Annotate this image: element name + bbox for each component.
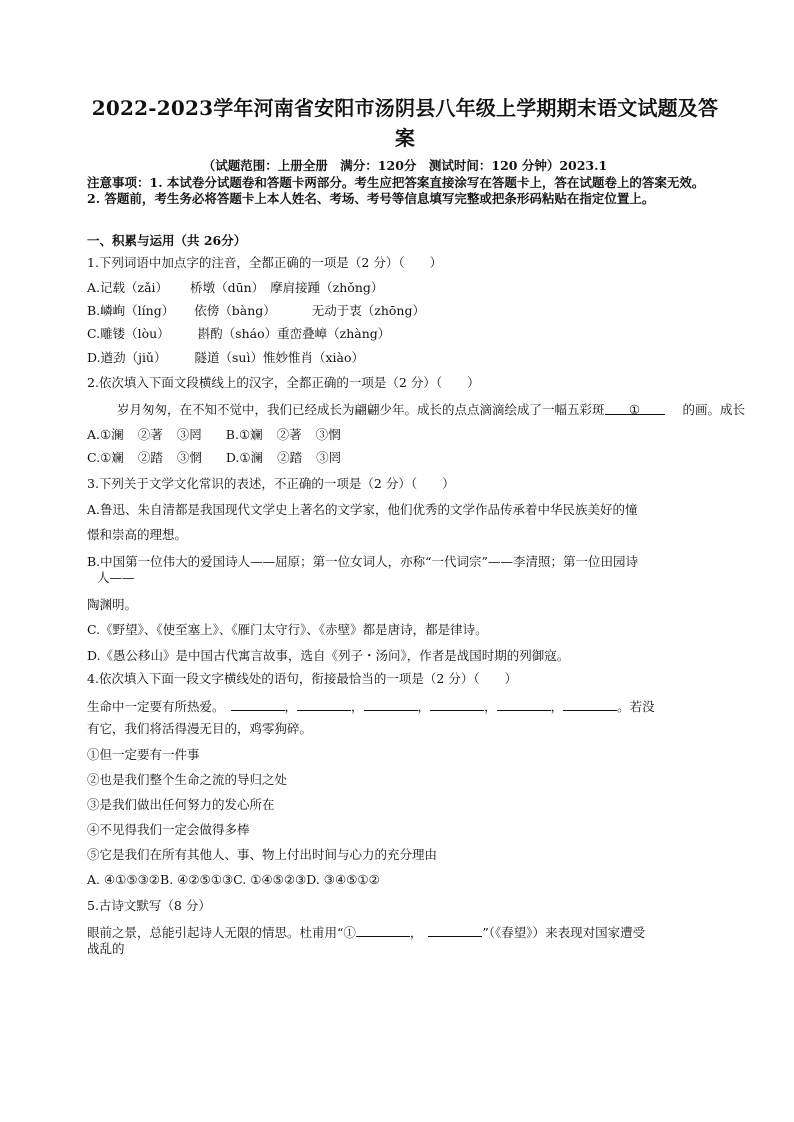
q4-item-3: ③是我们做出任何努力的发心所在 xyxy=(87,796,275,814)
fill-blank xyxy=(231,697,285,711)
q3-option-b-line-2: 人—— xyxy=(97,569,135,587)
q1-option-a: A.记载（zǎi）桥墩（dūn）摩肩接踵（zhǒng） xyxy=(87,279,383,297)
passage-text: 生命中一定要有所热爱。 xyxy=(87,699,225,714)
comma: ， xyxy=(551,699,564,714)
option-label: C. xyxy=(87,450,100,465)
option-word: 依傍（bàng） xyxy=(194,303,276,318)
q3-option-b-line-1: B.中国第一位伟大的爱国诗人——屈原；第一位女词人，亦称“一代词宗”——李清照；… xyxy=(87,553,638,571)
fill-blank-1: ① xyxy=(605,401,665,415)
q2-options-row-1: A.①澜②著③罔B.①斓②著③惘 xyxy=(87,426,341,444)
option-word: 斟酌（sháo） xyxy=(198,326,277,341)
q2-passage: 岁月匆匆，在不知不觉中，我们已经成长为翩翩少年。成长的点点滴滴绘成了一幅五彩斑①… xyxy=(117,401,745,419)
option-label: B. xyxy=(226,427,239,442)
option-word: 重峦叠嶂（zhàng） xyxy=(277,326,390,341)
option-char: ②踏 xyxy=(277,450,302,465)
comma: ， xyxy=(484,699,497,714)
option-char: ③罔 xyxy=(177,427,202,442)
option-char: ②著 xyxy=(277,427,302,442)
passage-text: ”（《春望》）来表现对国家遭受 xyxy=(482,925,645,940)
title-line-1: 2022-2023学年河南省安阳市汤阴县八年级上学期期末语文试题及答 xyxy=(80,93,730,123)
q4-item-1: ①但一定要有一件事 xyxy=(87,746,200,764)
option-char: ②踏 xyxy=(138,450,163,465)
fill-blank-2 xyxy=(428,923,482,937)
q2-stem: 2.依次填入下面文段横线上的汉字，全都正确的一项是（2 分）（ ） xyxy=(87,374,480,392)
q5-passage-line-2: 战乱的 xyxy=(87,940,125,958)
q5-passage-line-1: 眼前之景，总能引起诗人无限的情思。杜甫用“①，”（《春望》）来表现对国家遭受 xyxy=(87,923,645,942)
fill-blank xyxy=(430,697,484,711)
passage-text: 的画。成长 xyxy=(683,402,746,417)
q3-option-a-line-1: A.鲁迅、朱自清都是我国现代文学史上著名的文学家，他们优秀的文学作品传承着中华民… xyxy=(87,501,638,519)
q4-passage-line-1: 生命中一定要有所热爱。，，，，，。若没 xyxy=(87,697,655,716)
q1-stem: 1.下列词语中加点字的注音，全都正确的一项是（2 分）（ ） xyxy=(87,254,442,272)
option-word: 隧道（suì） xyxy=(195,350,263,365)
q3-option-d: D.《愚公移山》是中国古代寓言故事，选自《列子・汤问》，作者是战国时期的列御寇。 xyxy=(87,647,569,665)
option-word: 无动于衷（zhōng） xyxy=(312,303,425,318)
comma: ， xyxy=(410,925,423,940)
option-word: 记载（zǎi） xyxy=(100,280,168,295)
q4-options: A. ④①⑤③②B. ④②⑤①③C. ①④⑤②③D. ③④⑤①② xyxy=(87,871,380,889)
comma: ， xyxy=(285,699,298,714)
exam-info: （试题范围：上册全册 满分：120分 测试时间：120 分钟）2023.1 xyxy=(80,157,730,175)
passage-text: 。若没 xyxy=(617,699,655,714)
comma: ， xyxy=(418,699,431,714)
q4-passage-line-2: 有它，我们将活得漫无目的，鸡零狗碎。 xyxy=(87,720,312,738)
section-heading: 一、积累与运用（共 26分） xyxy=(87,232,246,250)
option-char: ③惘 xyxy=(316,427,341,442)
fill-blank xyxy=(364,697,418,711)
q3-stem: 3.下列关于文学文化常识的表述，不正确的一项是（2 分）（ ） xyxy=(87,475,455,493)
q1-option-b: B.嶙峋（líng）依傍（bàng）无动于衷（zhōng） xyxy=(87,302,425,320)
option-label: D. xyxy=(87,350,101,365)
q4-item-4: ④不见得我们一定会做得多棒 xyxy=(87,821,250,839)
option-label: C. xyxy=(87,326,100,341)
document-title: 2022-2023学年河南省安阳市汤阴县八年级上学期期末语文试题及答 案 xyxy=(80,93,730,153)
option-char: ①澜 xyxy=(239,450,263,465)
option-label: A. xyxy=(87,427,100,442)
option-word: 雕镂（lòu） xyxy=(100,326,170,341)
q1-option-c: C.雕镂（lòu）斟酌（sháo）重峦叠嶂（zhàng） xyxy=(87,325,390,343)
exam-page: 2022-2023学年河南省安阳市汤阴县八年级上学期期末语文试题及答 案 （试题… xyxy=(0,0,794,1122)
comma: ， xyxy=(351,699,364,714)
q3-option-c: C.《野望》、《使至塞上》、《雁门太守行》、《赤壁》都是唐诗，都是律诗。 xyxy=(87,621,488,639)
option-word: 摩肩接踵（zhǒng） xyxy=(270,280,383,295)
passage-text: 眼前之景，总能引起诗人无限的情思。杜甫用“① xyxy=(87,925,356,940)
option-word: 桥墩（dūn） xyxy=(190,280,264,295)
q4-item-5: ⑤它是我们在所有其他人、事、物上付出时间与心力的充分理由 xyxy=(87,846,437,864)
q2-options-row-2: C.①斓②踏③惘D.①澜②踏③罔 xyxy=(87,449,341,467)
fill-blank xyxy=(297,697,351,711)
passage-text: 岁月匆匆，在不知不觉中，我们已经成长为翩翩少年。成长的点点滴滴绘成了一幅五彩斑 xyxy=(117,402,605,417)
option-label: D. xyxy=(226,450,240,465)
q1-option-d: D.遒劲（jiǔ）隧道（suì）惟妙惟肖（xiào） xyxy=(87,349,364,367)
option-label: A. xyxy=(87,280,100,295)
option-word: 遒劲（jiǔ） xyxy=(101,350,167,365)
fill-blank xyxy=(563,697,617,711)
option-word: 嶙峋（líng） xyxy=(100,303,174,318)
fill-blank-1 xyxy=(356,923,410,937)
option-char: ①斓 xyxy=(100,450,124,465)
fill-blank xyxy=(497,697,551,711)
q4-item-2: ②也是我们整个生命之流的导归之处 xyxy=(87,771,287,789)
notice: 注意事项：1. 本试卷分试题卷和答题卡两部分。考生应把答案直接涂写在答题卡上，答… xyxy=(87,175,707,207)
q3-option-a-line-2: 憬和崇高的理想。 xyxy=(87,526,187,544)
q5-stem: 5.古诗文默写（8 分） xyxy=(87,897,211,915)
option-char: ①斓 xyxy=(239,427,263,442)
title-line-2: 案 xyxy=(80,123,730,153)
option-char: ②著 xyxy=(138,427,163,442)
option-char: ③罔 xyxy=(316,450,341,465)
q3-option-b-line-3: 陶渊明。 xyxy=(87,596,137,614)
option-word: 惟妙惟肖（xiào） xyxy=(263,350,364,365)
option-char: ①澜 xyxy=(100,427,124,442)
option-char: ③惘 xyxy=(177,450,202,465)
q4-stem: 4.依次填入下面一段文字横线处的语句，衔接最恰当的一项是（2 分）（ ） xyxy=(87,670,517,688)
option-label: B. xyxy=(87,303,100,318)
